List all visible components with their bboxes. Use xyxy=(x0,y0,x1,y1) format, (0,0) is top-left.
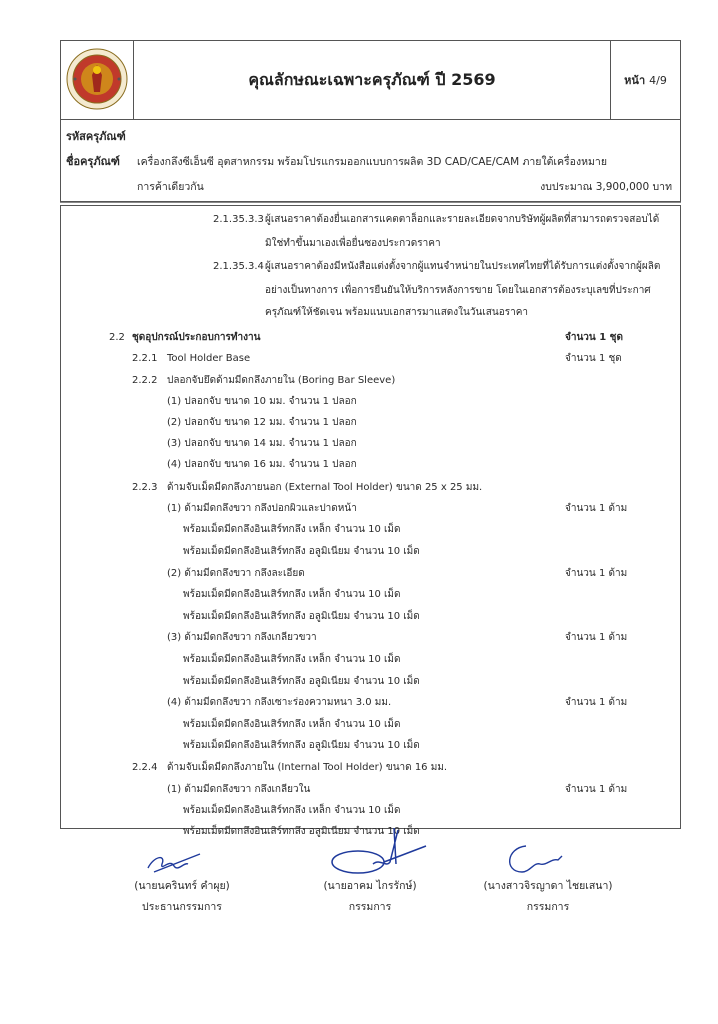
sub-detail: พร้อมเม็ดมีดกลึงอินเสิร์ทกลึง เหล็ก จำนว… xyxy=(183,804,401,818)
clause-text: ผู้เสนอราคาต้องยื่นเอกสารแคตตาล็อกและราย… xyxy=(265,213,659,227)
sub-item-qty: จำนวน 1 ด้าม xyxy=(565,631,627,645)
equipment-name-label: ชื่อครุภัณฑ์ xyxy=(66,152,120,170)
sub-detail: พร้อมเม็ดมีดกลึงอินเสิร์ทกลึง อลูมิเนียม… xyxy=(183,545,420,559)
sub-item: (1) ด้ามมีดกลึงขวา กลึงเกลียวใน xyxy=(167,783,310,797)
item-qty: จำนวน 1 ชุด xyxy=(565,352,622,366)
sub-detail: พร้อมเม็ดมีดกลึงอินเสิร์ทกลึง อลูมิเนียม… xyxy=(183,739,420,753)
signatory-role: ประธานกรรมการ xyxy=(112,898,252,915)
section-title: ชุดอุปกรณ์ประกอบการทำงาน xyxy=(132,331,260,345)
signature-2-icon xyxy=(318,828,428,878)
sub-detail: พร้อมเม็ดมีดกลึงอินเสิร์ทกลึง เหล็ก จำนว… xyxy=(183,718,401,732)
sub-item: (2) ด้ามมีดกลึงขวา กลึงละเอียด xyxy=(167,567,305,581)
signature-1-icon xyxy=(140,848,220,878)
clause-text: ครุภัณฑ์ให้ชัดเจน พร้อมแนบเอกสารมาแสดงใน… xyxy=(265,306,528,320)
page-title: คุณลักษณะเฉพาะครุภัณฑ์ ปี 2569 xyxy=(134,40,610,120)
sub-item: (1) ปลอกจับ ขนาด 10 มม. จำนวน 1 ปลอก xyxy=(167,395,357,409)
sub-item: (3) ปลอกจับ ขนาด 14 มม. จำนวน 1 ปลอก xyxy=(167,437,357,451)
page-number: หน้า 4/9 xyxy=(610,40,681,120)
equipment-name-line1: เครื่องกลึงซีเอ็นซี อุตสาหกรรม พร้อมโปรแ… xyxy=(137,153,607,170)
equipment-code-label: รหัสครุภัณฑ์ xyxy=(66,127,126,145)
sub-item-qty: จำนวน 1 ด้าม xyxy=(565,783,627,797)
signatory-name: (นางสาวจิรญาดา ไชยเสนา) xyxy=(468,877,628,894)
section-qty: จำนวน 1 ชุด xyxy=(565,331,623,345)
signatory-role: กรรมการ xyxy=(468,898,628,915)
sub-detail: พร้อมเม็ดมีดกลึงอินเสิร์ทกลึง อลูมิเนียม… xyxy=(183,675,420,689)
sub-detail: พร้อมเม็ดมีดกลึงอินเสิร์ทกลึง เหล็ก จำนว… xyxy=(183,588,401,602)
sub-item: (3) ด้ามมีดกลึงขวา กลึงเกลียวขวา xyxy=(167,631,317,645)
sub-item: (4) ปลอกจับ ขนาด 16 มม. จำนวน 1 ปลอก xyxy=(167,458,357,472)
page-label: หน้า xyxy=(624,71,645,89)
clause-number: 2.1.35.3.4 xyxy=(213,260,264,274)
page-value: 4/9 xyxy=(649,74,667,87)
budget: งบประมาณ 3,900,000 บาท xyxy=(540,178,672,195)
sub-detail: พร้อมเม็ดมีดกลึงอินเสิร์ทกลึง อลูมิเนียม… xyxy=(183,610,420,624)
sub-item-qty: จำนวน 1 ด้าม xyxy=(565,696,627,710)
signatory-name: (นายนครินทร์ คำผุย) xyxy=(112,877,252,894)
sub-detail: พร้อมเม็ดมีดกลึงอินเสิร์ทกลึง เหล็ก จำนว… xyxy=(183,653,401,667)
item-number: 2.2.4 xyxy=(132,761,157,775)
sub-detail: พร้อมเม็ดมีดกลึงอินเสิร์ทกลึง เหล็ก จำนว… xyxy=(183,523,401,537)
clause-number: 2.1.35.3.3 xyxy=(213,213,264,227)
clause-text: ผู้เสนอราคาต้องมีหนังสือแต่งตั้งจากผู้แท… xyxy=(265,260,660,274)
signature-3-icon xyxy=(500,842,580,878)
item-number: 2.2.3 xyxy=(132,481,157,495)
sub-item: (1) ด้ามมีดกลึงขวา กลึงปอกผิวและปาดหน้า xyxy=(167,502,357,516)
item-number: 2.2.1 xyxy=(132,352,157,366)
specification-content xyxy=(60,205,681,829)
item-title: ด้ามจับเม็ดมีดกลึงภายใน (Internal Tool H… xyxy=(167,761,447,775)
item-title: ปลอกจับยึดด้ามมีดกลึงภายใน (Boring Bar S… xyxy=(167,374,395,388)
signatory-role: กรรมการ xyxy=(300,898,440,915)
equipment-name-line2: การค้าเดียวกัน xyxy=(137,178,204,195)
item-title: Tool Holder Base xyxy=(167,352,250,366)
sub-item: (4) ด้ามมีดกลึงขวา กลึงเซาะร่องความหนา 3… xyxy=(167,696,391,710)
clause-text: มิใช่ทำขึ้นมาเองเพื่อยื่นซองประกวดราคา xyxy=(265,237,441,251)
item-title: ด้ามจับเม็ดมีดกลึงภายนอก (External Tool … xyxy=(167,481,482,495)
seal-logo-icon xyxy=(66,48,128,110)
signatory-name: (นายอาคม ไกรรักษ์) xyxy=(300,877,440,894)
section-number: 2.2 xyxy=(109,331,125,345)
sub-item-qty: จำนวน 1 ด้าม xyxy=(565,502,627,516)
clause-text: อย่างเป็นทางการ เพื่อการยืนยันให้บริการห… xyxy=(265,284,651,298)
item-number: 2.2.2 xyxy=(132,374,157,388)
sub-item-qty: จำนวน 1 ด้าม xyxy=(565,567,627,581)
sub-item: (2) ปลอกจับ ขนาด 12 มม. จำนวน 1 ปลอก xyxy=(167,416,357,430)
